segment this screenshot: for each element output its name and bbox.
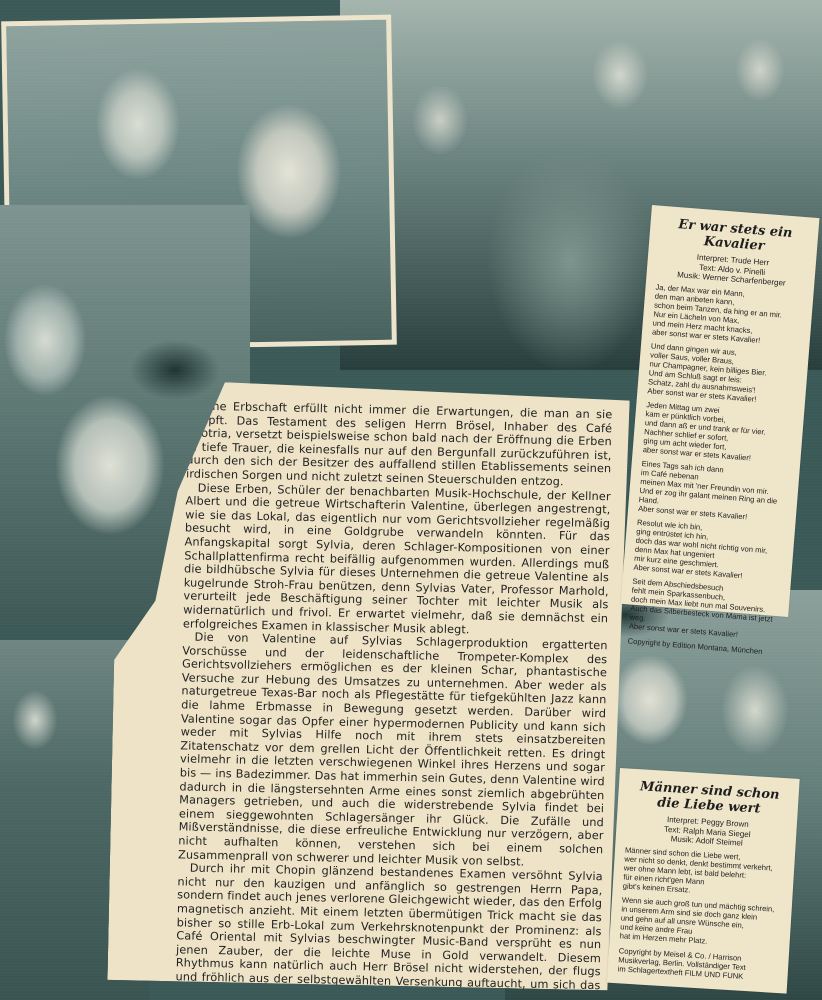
song-title: Männer sind schon die Liebe wert <box>628 779 792 819</box>
song-verse: Eines Tags sah ich dann im Café nebenan … <box>638 459 792 525</box>
song-copyright: Copyright by Meisel & Co. / Harrison Mus… <box>617 946 780 983</box>
song-verse: Seit dem Abschiedsbesuch fehlt mein Spar… <box>629 576 783 642</box>
song-verse: Männer sind schon die Liebe wert, wer ni… <box>623 845 787 900</box>
song-card-kavalier: Er war stets ein Kavalier Interpret: Tru… <box>621 205 820 617</box>
article-paragraph: Durch ihr mit Chopin glänzend bestandene… <box>175 862 603 1000</box>
song-card-maenner: Männer sind schon die Liebe wert Interpr… <box>607 768 800 994</box>
song-verse: Resolut wie ich bin, ging entrüstet ich … <box>633 517 787 583</box>
song-verse: Wenn sie auch groß tun und mächtig schre… <box>620 895 784 950</box>
song-verse: Und dann gingen wir aus, voller Saus, vo… <box>647 341 801 407</box>
article-body: Eine Erbschaft erfüllt nicht immer die E… <box>175 399 612 1000</box>
magazine-page: Eine Erbschaft erfüllt nicht immer die E… <box>0 0 822 1000</box>
song-credits: Interpret: Peggy Brown Text: Ralph Maria… <box>626 813 789 851</box>
song-verse: Ja, der Max war ein Mann, den man anbete… <box>652 282 806 348</box>
article-paragraph: Die von Valentine auf Sylvias Schlagerpr… <box>178 630 608 870</box>
article-paragraph: Eine Erbschaft erfüllt nicht immer die E… <box>186 399 613 489</box>
song-verse: Jeden Mittag um zwei kam er pünktlich vo… <box>642 400 796 466</box>
article-panel: Eine Erbschaft erfüllt nicht immer die E… <box>107 380 630 1000</box>
article-paragraph: Diese Erben, Schüler der benachbarten Mu… <box>183 481 611 639</box>
